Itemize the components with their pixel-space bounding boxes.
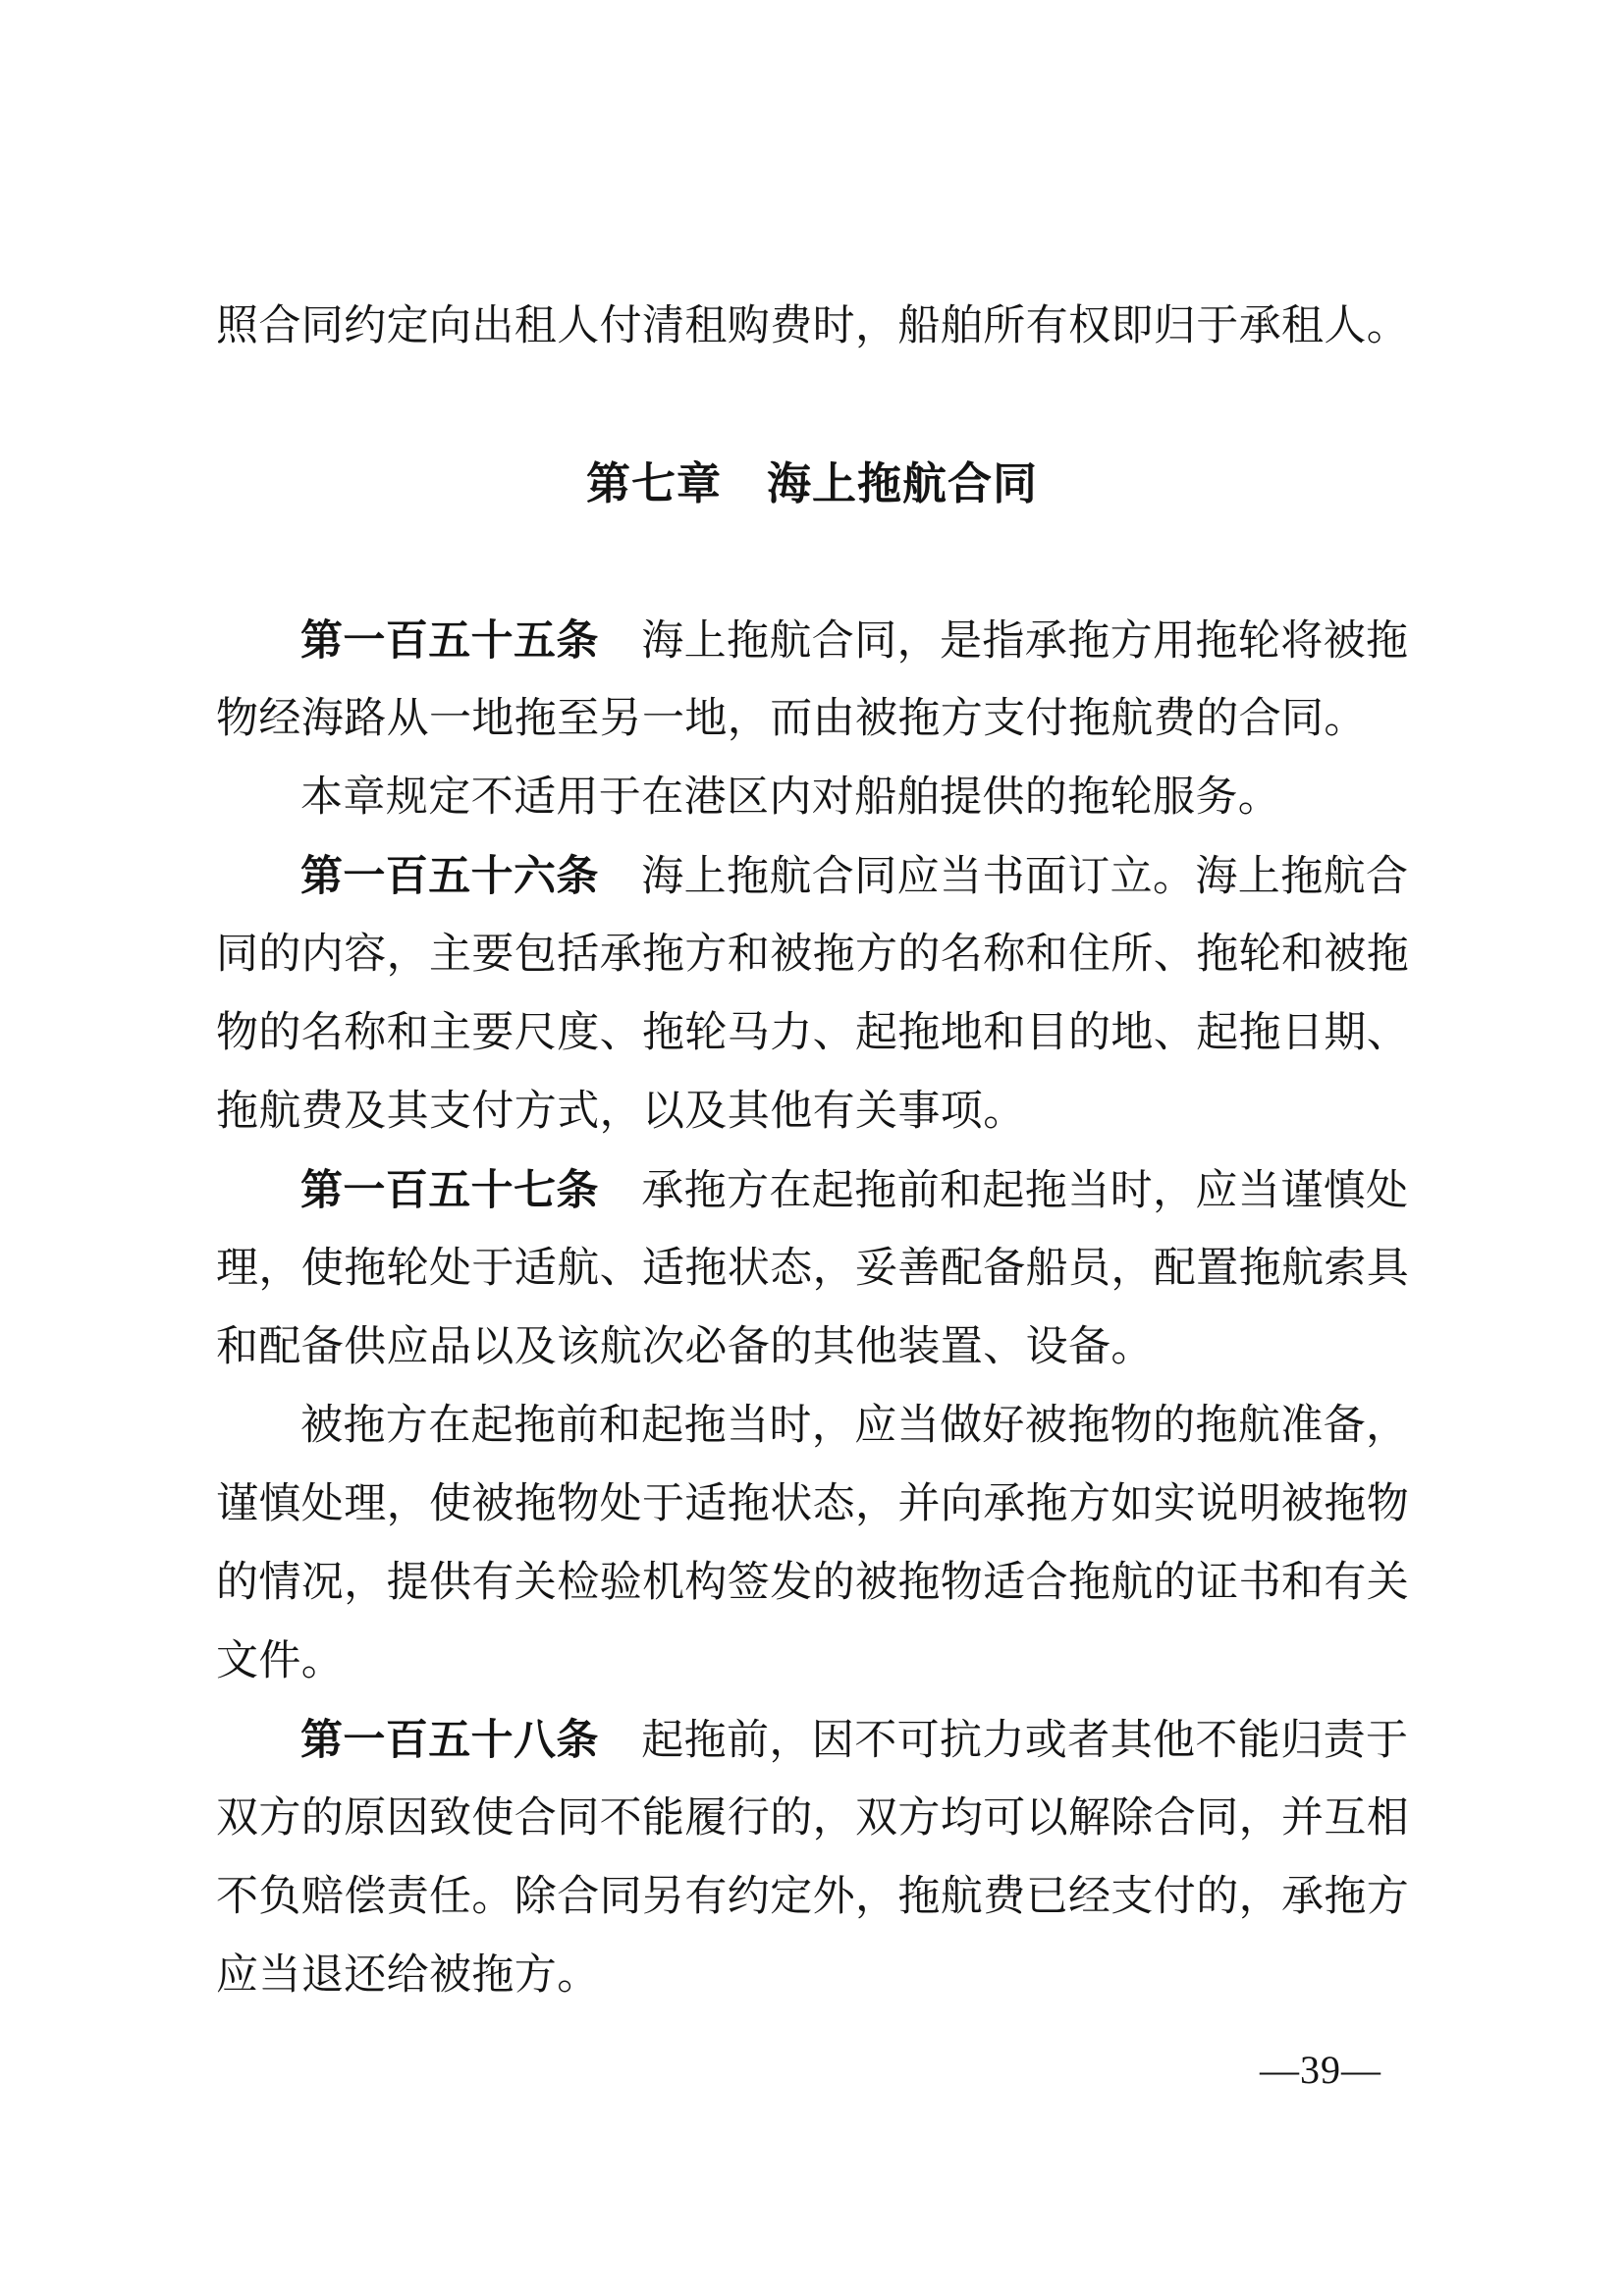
body-text: 海上拖航合同，是指承拖方用拖轮将被拖: [599, 618, 1409, 665]
body-text: 本章规定不适用于在港区内对船舶提供的拖轮服务。: [300, 774, 1280, 821]
body-text: 和配备供应品以及该航次必备的其他装置、设备。: [216, 1324, 1154, 1370]
body-text: 双方的原因致使合同不能履行的，双方均可以解除合同，并互相: [216, 1795, 1409, 1842]
article-number-label: 第一百五十八条: [300, 1717, 599, 1764]
article-number-label: 第一百五十七条: [300, 1167, 599, 1214]
text-line: 同的内容，主要包括承拖方和被拖方的名称和住所、拖轮和被拖: [216, 916, 1408, 994]
text-line: 第一百五十五条 海上拖航合同，是指承拖方用拖轮将被拖: [216, 602, 1408, 680]
text-line: 的情况，提供有关检验机构签发的被拖物适合拖航的证书和有关: [216, 1544, 1408, 1623]
text-line: 和配备供应品以及该航次必备的其他装置、设备。: [216, 1308, 1408, 1387]
document-lines: 照合同约定向出租人付清租购费时，船舶所有权即归于承租人。第七章 海上拖航合同第一…: [216, 288, 1408, 2015]
text-line: 第一百五十七条 承拖方在起拖前和起拖当时，应当谨慎处: [216, 1151, 1408, 1230]
text-line: 第一百五十八条 起拖前，因不可抗力或者其他不能归责于: [216, 1701, 1408, 1780]
text-line: 照合同约定向出租人付清租购费时，船舶所有权即归于承租人。: [216, 288, 1408, 366]
body-text: 不负赔偿责任。除合同另有约定外，拖航费已经支付的，承拖方: [216, 1874, 1409, 1920]
body-text: 应当退还给被拖方。: [216, 1952, 600, 1999]
text-line: 双方的原因致使合同不能履行的，双方均可以解除合同，并互相: [216, 1780, 1408, 1858]
blank-line: [216, 523, 1408, 602]
chapter-heading: 第七章 海上拖航合同: [216, 445, 1408, 523]
text-line: 应当退还给被拖方。: [216, 1937, 1408, 2015]
text-line: 第一百五十六条 海上拖航合同应当书面订立。海上拖航合: [216, 837, 1408, 916]
text-line: 谨慎处理，使被拖物处于适拖状态，并向承拖方如实说明被拖物: [216, 1466, 1408, 1544]
text-line: 拖航费及其支付方式，以及其他有关事项。: [216, 1073, 1408, 1151]
body-text: 文件。: [216, 1638, 344, 1684]
page-number: —39—: [1260, 2041, 1381, 2100]
text-line: 物经海路从一地拖至另一地，而由被拖方支付拖航费的合同。: [216, 680, 1408, 759]
body-text: 理，使拖轮处于适航、适拖状态，妥善配备船员，配置拖航索具: [216, 1246, 1409, 1292]
body-text: 拖航费及其支付方式，以及其他有关事项。: [216, 1089, 1026, 1135]
article-number-label: 第一百五十六条: [300, 853, 599, 900]
body-text: 承拖方在起拖前和起拖当时，应当谨慎处: [599, 1168, 1409, 1214]
body-text: 照合同约定向出租人付清租购费时，船舶所有权即归于承租人。: [216, 303, 1409, 349]
body-text: 海上拖航合同应当书面订立。海上拖航合: [599, 854, 1409, 900]
text-line: 本章规定不适用于在港区内对船舶提供的拖轮服务。: [216, 759, 1408, 837]
body-text: 起拖前，因不可抗力或者其他不能归责于: [599, 1718, 1409, 1764]
body-text: 物经海路从一地拖至另一地，而由被拖方支付拖航费的合同。: [216, 696, 1367, 742]
body-text: 的情况，提供有关检验机构签发的被拖物适合拖航的证书和有关: [216, 1560, 1409, 1606]
document-page: 照合同约定向出租人付清租购费时，船舶所有权即归于承租人。第七章 海上拖航合同第一…: [0, 0, 1624, 2296]
text-line: 文件。: [216, 1623, 1408, 1701]
document-body: 照合同约定向出租人付清租购费时，船舶所有权即归于承租人。第七章 海上拖航合同第一…: [216, 288, 1408, 2015]
body-text: 物的名称和主要尺度、拖轮马力、起拖地和目的地、起拖日期、: [216, 1010, 1409, 1056]
body-text: 被拖方在起拖前和起拖当时，应当做好被拖物的拖航准备，: [300, 1403, 1408, 1449]
text-line: 被拖方在起拖前和起拖当时，应当做好被拖物的拖航准备，: [216, 1387, 1408, 1466]
text-line: 理，使拖轮处于适航、适拖状态，妥善配备船员，配置拖航索具: [216, 1230, 1408, 1308]
text-line: 物的名称和主要尺度、拖轮马力、起拖地和目的地、起拖日期、: [216, 994, 1408, 1073]
body-text: 谨慎处理，使被拖物处于适拖状态，并向承拖方如实说明被拖物: [216, 1481, 1409, 1527]
blank-line: [216, 366, 1408, 445]
article-number-label: 第七章 海上拖航合同: [586, 458, 1038, 508]
article-number-label: 第一百五十五条: [300, 617, 599, 665]
body-text: 同的内容，主要包括承拖方和被拖方的名称和住所、拖轮和被拖: [216, 932, 1409, 978]
text-line: 不负赔偿责任。除合同另有约定外，拖航费已经支付的，承拖方: [216, 1858, 1408, 1937]
